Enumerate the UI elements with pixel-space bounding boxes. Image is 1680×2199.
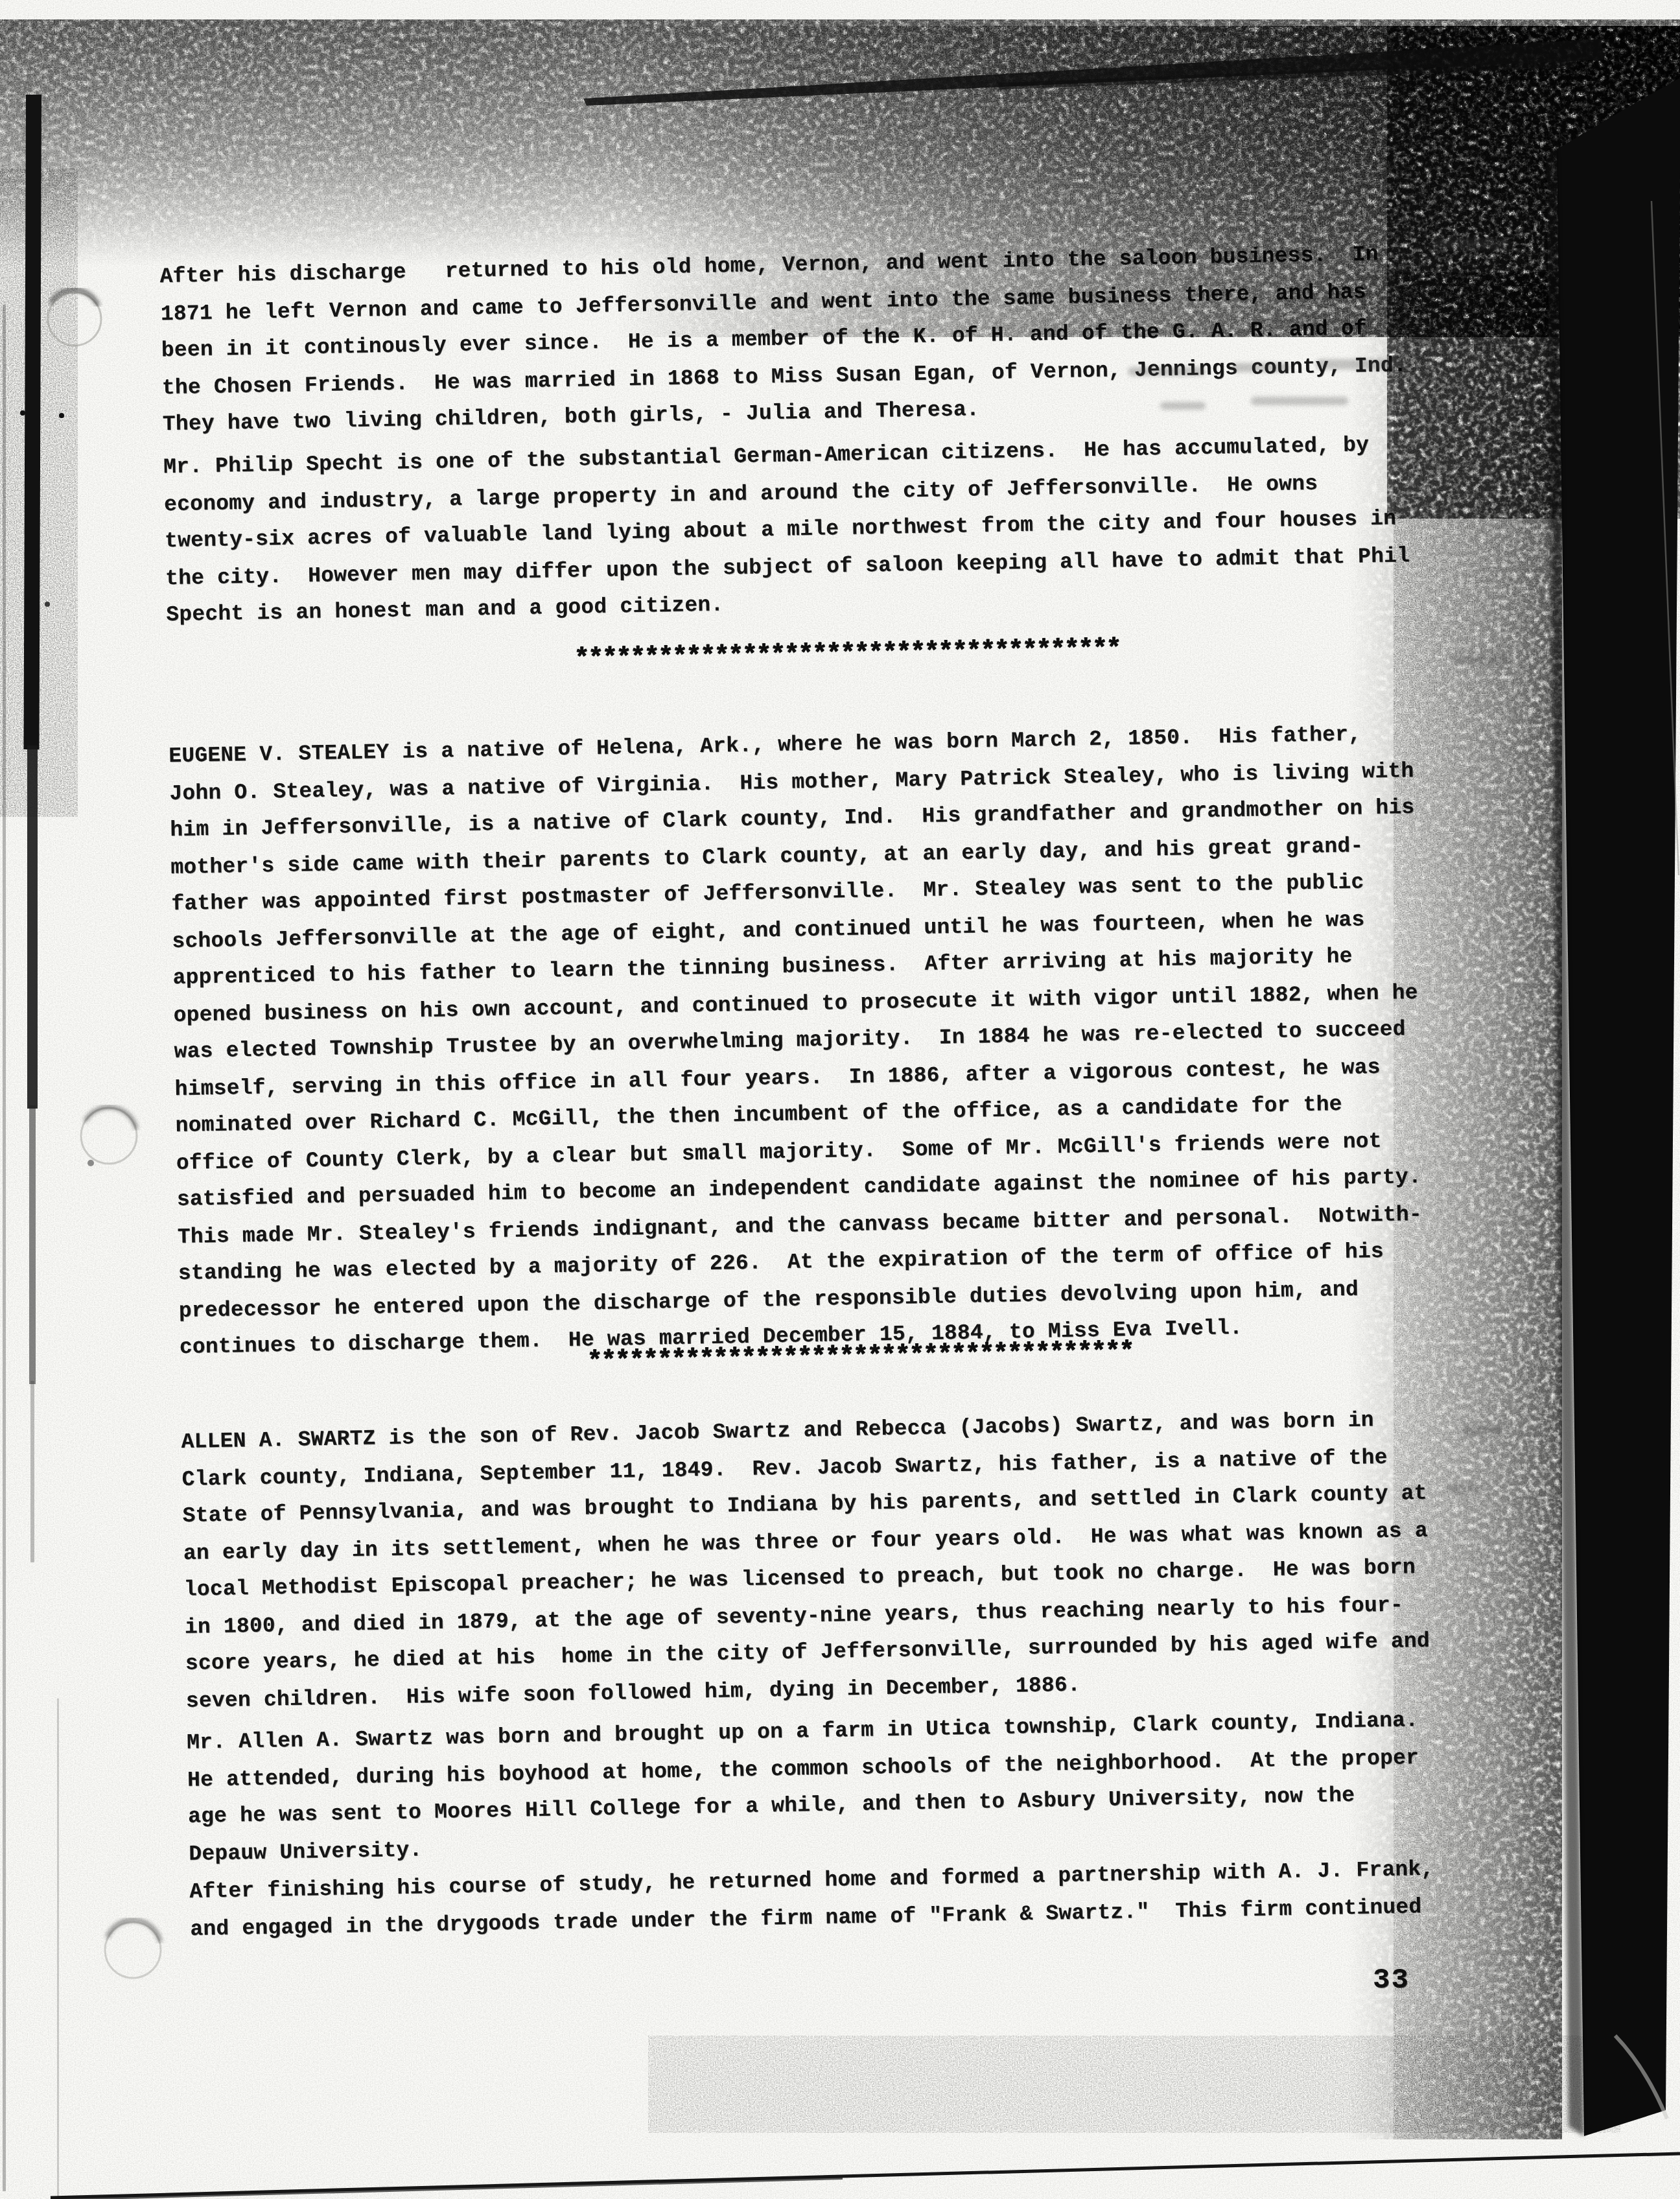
paragraph-p3: EUGENE V. STEALEY is a native of Helena,… (169, 715, 1425, 1366)
asterisk-divider: *************************************** (574, 635, 1120, 674)
typewritten-text-block: After his discharge returned to his old … (0, 0, 1680, 2199)
paragraph-p2: Mr. Philip Specht is one of the substant… (163, 426, 1411, 633)
paragraph-p1: After his discharge returned to his old … (159, 235, 1407, 443)
scanned-document-page: After his discharge returned to his old … (0, 0, 1680, 2199)
paragraph-p4: ALLEN A. SWARTZ is the son of Rev. Jacob… (181, 1401, 1430, 1719)
page-number: 33 (1373, 1964, 1410, 1997)
paragraph-p5: Mr. Allen A. Swartz was born and brought… (187, 1702, 1421, 1872)
